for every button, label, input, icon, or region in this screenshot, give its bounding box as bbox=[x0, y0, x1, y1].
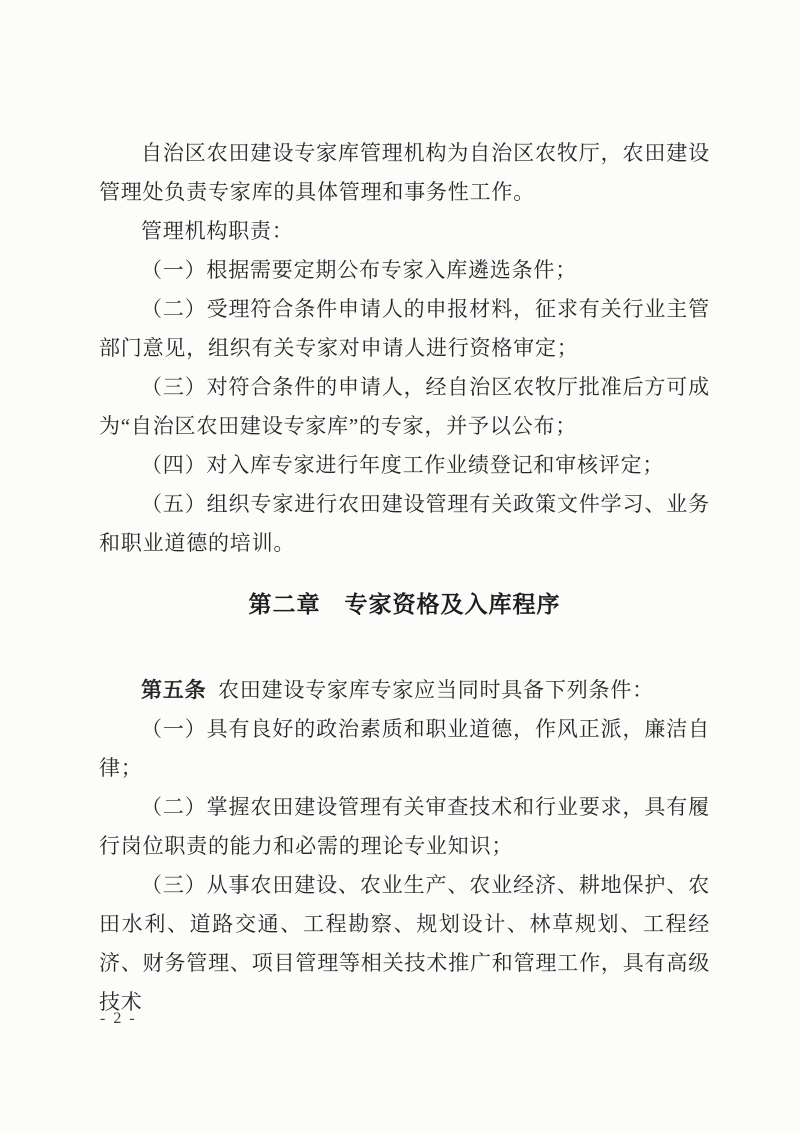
condition-item: （三）从事农田建设、农业生产、农业经济、耕地保护、农田水利、道路交通、工程勘察、… bbox=[99, 866, 710, 1022]
condition-item: （二）掌握农田建设管理有关审查技术和行业要求，具有履行岗位职责的能力和必需的理论… bbox=[99, 788, 710, 866]
document-page: 自治区农田建设专家库管理机构为自治区农牧厅，农田建设管理处负责专家库的具体管理和… bbox=[0, 0, 800, 1133]
duty-item: （一）根据需要定期公布专家入库遴选条件； bbox=[99, 251, 710, 290]
article-5-text: 农田建设专家库专家应当同时具备下列条件： bbox=[218, 678, 654, 702]
chapter-heading: 第二章 专家资格及入库程序 bbox=[99, 589, 710, 619]
article-5-number: 第五条 bbox=[141, 678, 206, 702]
duty-item: （四）对入库专家进行年度工作业绩登记和审核评定； bbox=[99, 446, 710, 485]
duty-item: （三）对符合条件的申请人，经自治区农牧厅批准后方可成为“自治区农田建设专家库”的… bbox=[99, 368, 710, 446]
duty-item: （五）组织专家进行农田建设管理有关政策文件学习、业务和职业道德的培训。 bbox=[99, 485, 710, 563]
condition-item: （一）具有良好的政治素质和职业道德，作风正派，廉洁自律； bbox=[99, 710, 710, 788]
intro-paragraph: 管理机构职责： bbox=[99, 212, 710, 251]
page-number: - 2 - bbox=[100, 1010, 137, 1028]
intro-paragraph: 自治区农田建设专家库管理机构为自治区农牧厅，农田建设管理处负责专家库的具体管理和… bbox=[99, 134, 710, 212]
duty-item: （二）受理符合条件申请人的申报材料，征求有关行业主管部门意见，组织有关专家对申请… bbox=[99, 290, 710, 368]
article-5-paragraph: 第五条农田建设专家库专家应当同时具备下列条件： bbox=[99, 671, 710, 710]
document-body: 自治区农田建设专家库管理机构为自治区农牧厅，农田建设管理处负责专家库的具体管理和… bbox=[99, 134, 710, 1022]
